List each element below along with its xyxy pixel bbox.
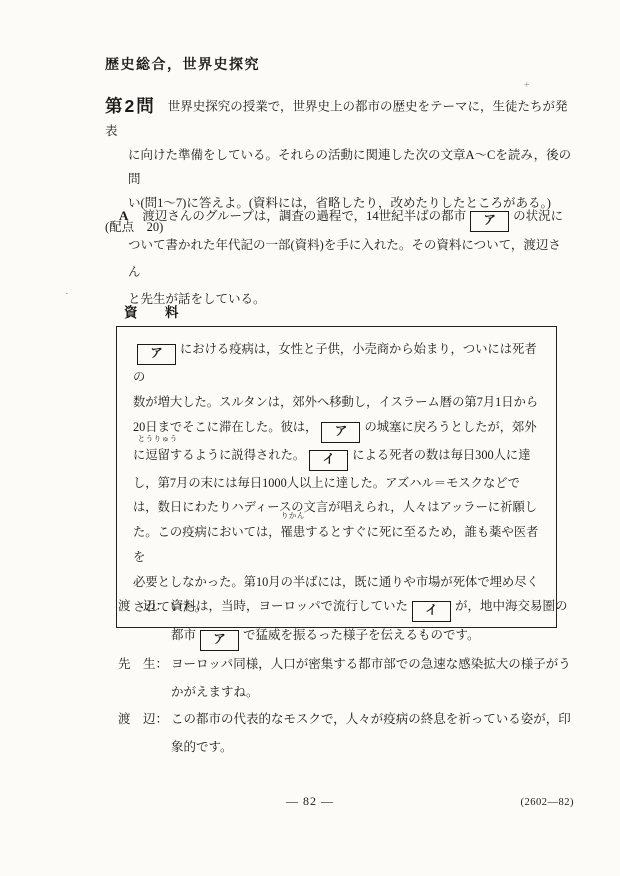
- section-a-line1: A渡辺さんのグループは，調査の過程で，14世紀半ばの都市アの状況に: [119, 202, 571, 232]
- section-a: A渡辺さんのグループは，調査の過程で，14世紀半ばの都市アの状況に ついて書かれ…: [119, 202, 571, 313]
- source-line-6: は，数日にわたりハディースの文言が唱えられ，人々はアッラーに祈願し: [133, 495, 543, 520]
- source-text-3a: 20日までそこに滞在した。彼は，: [133, 420, 317, 434]
- question-intro-line2: に向けた準備をしている。それらの活動に関連した次の文章A～Cを読み，後の問: [128, 143, 577, 191]
- section-a-label: A: [119, 208, 128, 223]
- dialogue-watanabe-line2: 都市アで猛威を振るった様子を伝えるものです。: [171, 622, 578, 651]
- dialogue-w2-text-b: で猛威を振るった様子を伝えるものです。: [243, 628, 480, 642]
- source-line-3: 20日までそこに滞在した。彼は，アの城塞に戻ろうとしたが，郊外: [133, 415, 543, 443]
- dialogue-sensei-line2: かがえますね。: [171, 679, 578, 707]
- source-text-3b: の城塞に戻ろうとしたが，郊外: [364, 420, 536, 434]
- section-a-text1b: の状況に: [513, 209, 563, 223]
- blank-box-i-1: イ: [309, 450, 348, 471]
- dialogue-sensei-line1: ヨーロッパ同様，人口が密集する都市部での急速な感染拡大の様子がう: [171, 651, 578, 679]
- dialogue-watanabe-line3: この都市の代表的なモスクで，人々が疫病の終息を祈っている姿が，印: [171, 706, 578, 734]
- furigana-rikan: りかん: [281, 512, 305, 520]
- dialogue-w2-text-a: 都市: [171, 628, 196, 642]
- dialogue-watanabe-line4: 象的です。: [171, 734, 578, 762]
- ruby-rikan: りかん罹患: [281, 520, 306, 545]
- source-text-7a: た。この疫病においては，: [133, 525, 281, 539]
- furigana-touryu: とうりゅう: [138, 435, 178, 443]
- ruby-touryu: とうりゅう逗留: [145, 443, 170, 468]
- source-line-2: 数が増大した。スルタンは，郊外へ移動し，イスラーム暦の第7月1日から: [133, 390, 543, 415]
- exam-page: 歴史総合，世界史探究 + · 第2問世界史探究の授業で，世界史上の都市の歴史をテ…: [0, 0, 620, 876]
- source-line-8: 必要としなかった。第10月の半ばには，既に通りや市場が死体で埋め尽く: [133, 570, 543, 595]
- ruby-touryu-base: 逗留: [145, 448, 170, 462]
- source-box: アにおける疫病は，女性と子供，小売商から始まり，ついには死者の 数が増大した。ス…: [116, 326, 557, 628]
- source-text-4b: するように説得された。: [170, 448, 305, 462]
- source-label: 資 料: [124, 301, 186, 321]
- scan-artifact-plus: +: [524, 80, 530, 91]
- dialogue-watanabe-line1: 資料は，当時，ヨーロッパで流行していたイが，地中海交易圏の: [171, 593, 578, 622]
- dialogue-row-sensei: 先 生： ヨーロッパ同様，人口が密集する都市部での急速な感染拡大の様子がう かが…: [118, 651, 578, 706]
- source-text-1: における疫病は，女性と子供，小売商から始まり，ついには死者の: [133, 342, 537, 384]
- question-intro-text1: 世界史探究の授業で，世界史上の都市の歴史をテーマに，生徒たちが発表: [105, 100, 568, 138]
- dialogue: 渡 辺： 資料は，当時，ヨーロッパで流行していたイが，地中海交易圏の 都市アで猛…: [118, 593, 578, 761]
- blank-box-a-3: ア: [200, 630, 239, 651]
- section-a-line2: ついて書かれた年代記の一部(資料)を手に入れた。その資料について，渡辺さん: [128, 232, 571, 286]
- print-code: (2602—82): [521, 797, 575, 808]
- speaker-sensei: 先 生：: [118, 651, 168, 679]
- section-a-line3: と先生が話をしている。: [128, 286, 571, 313]
- source-line-5: し，第7月の末には毎日1000人以上に達した。アズハル＝モスクなどで: [133, 471, 543, 496]
- question-intro-line1: 第2問世界史探究の授業で，世界史上の都市の歴史をテーマに，生徒たちが発表: [105, 94, 577, 143]
- scan-artifact-dot: ·: [65, 288, 69, 300]
- subject-header: 歴史総合，世界史探究: [105, 54, 260, 74]
- ruby-rikan-base: 罹患: [281, 525, 306, 539]
- dialogue-row-watanabe-1: 渡 辺： 資料は，当時，ヨーロッパで流行していたイが，地中海交易圏の 都市アで猛…: [118, 593, 578, 651]
- blank-box-i-2: イ: [412, 601, 451, 622]
- blank-box-a-intro: ア: [470, 211, 509, 232]
- blank-box-a-1: ア: [137, 344, 176, 365]
- speaker-watanabe-2: 渡 辺：: [118, 706, 168, 734]
- blank-box-a-2: ア: [321, 422, 360, 443]
- source-text-4a: に: [133, 448, 145, 462]
- dialogue-w1-text-a: 資料は，当時，ヨーロッパで流行していた: [171, 599, 408, 613]
- dialogue-row-watanabe-2: 渡 辺： この都市の代表的なモスクで，人々が疫病の終息を祈っている姿が，印 象的…: [118, 706, 578, 761]
- dialogue-w1-text-b: が，地中海交易圏の: [455, 599, 568, 613]
- source-line-7: た。この疫病においては，りかん罹患するとすぐに死に至るため，誰も薬や医者を: [133, 520, 543, 570]
- source-text-4c: による死者の数は毎日300人に達: [352, 448, 530, 462]
- source-line-1: アにおける疫病は，女性と子供，小売商から始まり，ついには死者の: [133, 337, 543, 390]
- question-number: 第2問: [105, 96, 156, 116]
- source-line-4: にとうりゅう逗留するように説得された。イによる死者の数は毎日300人に達: [133, 443, 543, 471]
- speaker-watanabe-1: 渡 辺：: [118, 593, 168, 621]
- section-a-text1: 渡辺さんのグループは，調査の過程で，14世紀半ばの都市: [142, 209, 466, 223]
